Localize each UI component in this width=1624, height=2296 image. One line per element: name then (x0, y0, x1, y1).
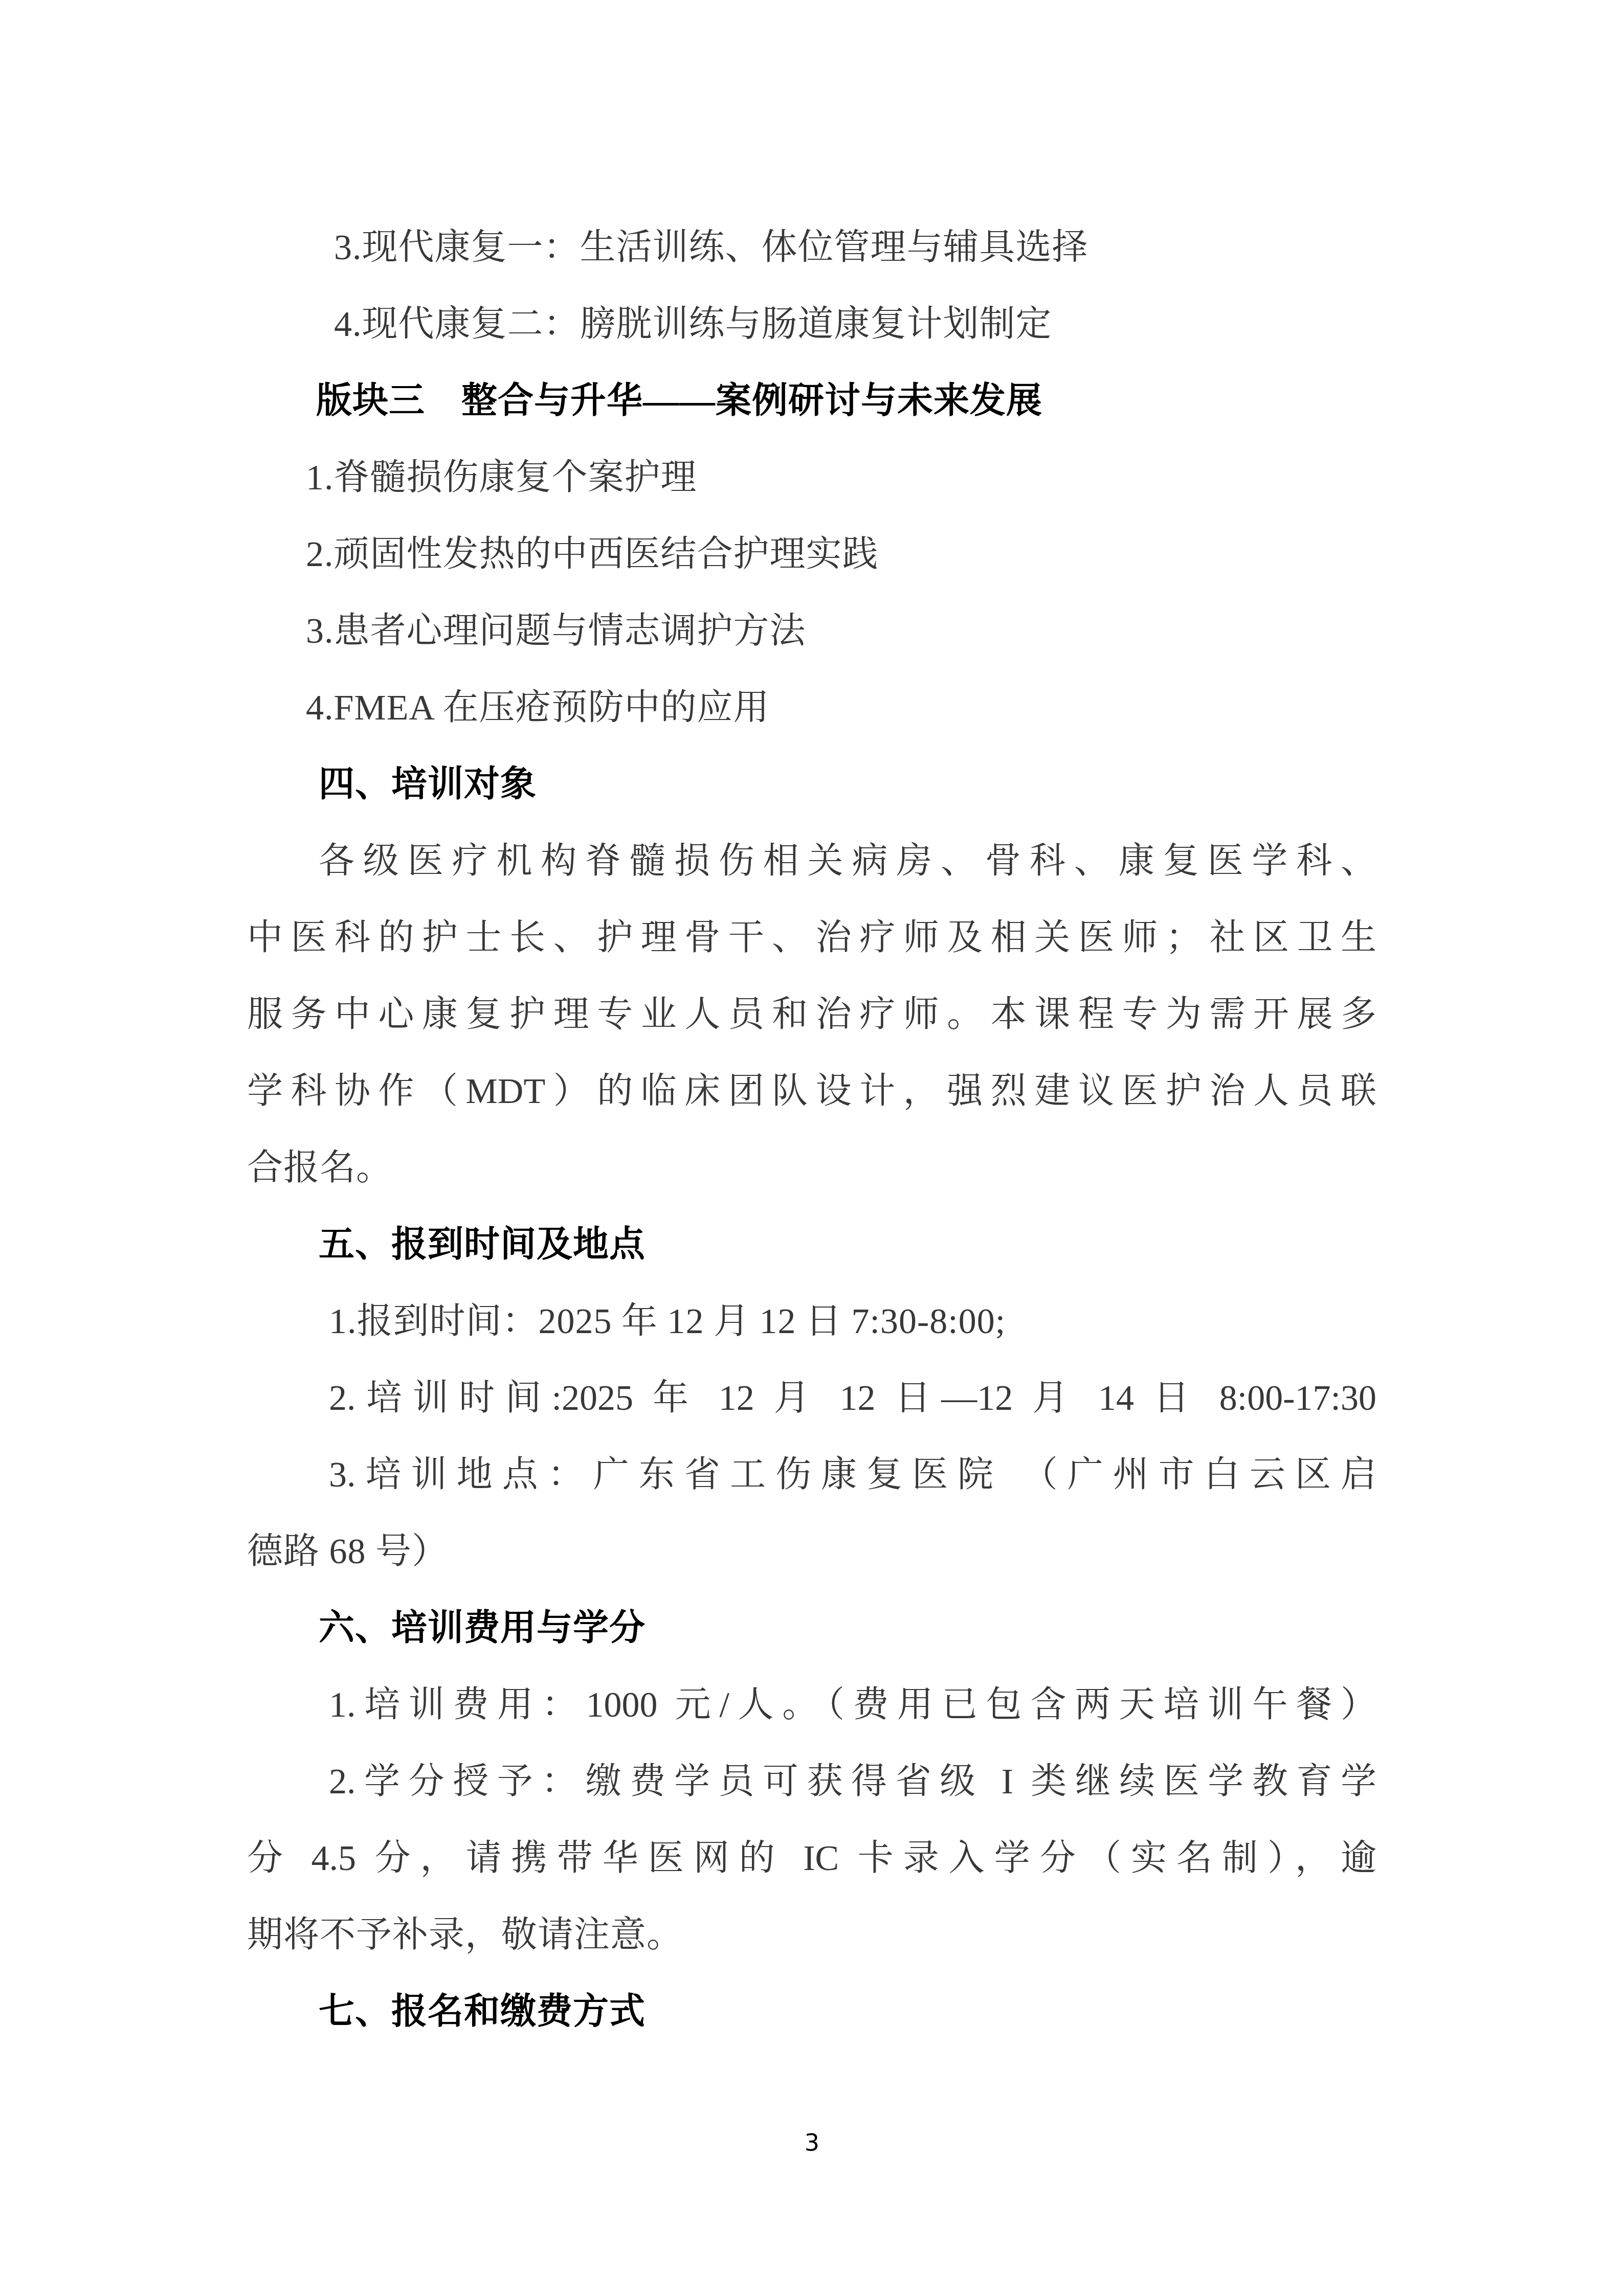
text-line: 2.顽固性发热的中西医结合护理实践 (247, 516, 1376, 593)
text-line: 德路 68 号） (247, 1514, 1376, 1590)
text-line: 4.FMEA 在压疮预防中的应用 (247, 670, 1376, 747)
text-line: 2.培训时间:2025 年 12 月 12 日—12 月 14 日 8:00-1… (247, 1360, 1376, 1437)
document-body: 3.现代康复一：生活训练、体位管理与辅具选择4.现代康复二：膀胱训练与肠道康复计… (247, 210, 1376, 2051)
section-heading: 版块三 整合与升华——案例研讨与未来发展 (247, 363, 1376, 440)
page-number: 3 (0, 2127, 1624, 2158)
section-heading: 四、培训对象 (247, 747, 1376, 823)
text-line: 服务中心康复护理专业人员和治疗师。本课程专为需开展多 (247, 977, 1376, 1053)
text-line: 1.报到时间：2025 年 12 月 12 日 7:30-8:00; (247, 1284, 1376, 1360)
text-line: 合报名。 (247, 1130, 1376, 1207)
text-line: 2.学分授予：缴费学员可获得省级 I 类继续医学教育学 (247, 1744, 1376, 1820)
text-line: 分 4.5 分，请携带华医网的 IC 卡录入学分（实名制），逾 (247, 1820, 1376, 1897)
section-heading: 七、报名和缴费方式 (247, 1974, 1376, 2051)
text-line: 期将不予补录，敬请注意。 (247, 1897, 1376, 1974)
text-line: 1.脊髓损伤康复个案护理 (247, 440, 1376, 516)
text-line: 3.现代康复一：生活训练、体位管理与辅具选择 (247, 210, 1376, 286)
text-line: 学科协作（MDT）的临床团队设计，强烈建议医护治人员联 (247, 1053, 1376, 1130)
section-heading: 六、培训费用与学分 (247, 1590, 1376, 1667)
text-line: 4.现代康复二：膀胱训练与肠道康复计划制定 (247, 286, 1376, 363)
text-line: 3.培训地点：广东省工伤康复医院 （广州市白云区启 (247, 1437, 1376, 1514)
text-line: 1.培训费用：1000 元/人。（费用已包含两天培训午餐） (247, 1667, 1376, 1744)
text-line: 各级医疗机构脊髓损伤相关病房、骨科、康复医学科、 (247, 823, 1376, 900)
text-line: 中医科的护士长、护理骨干、治疗师及相关医师；社区卫生 (247, 900, 1376, 977)
section-heading: 五、报到时间及地点 (247, 1207, 1376, 1284)
document-page: 3.现代康复一：生活训练、体位管理与辅具选择4.现代康复二：膀胱训练与肠道康复计… (0, 0, 1624, 2296)
text-line: 3.患者心理问题与情志调护方法 (247, 593, 1376, 670)
